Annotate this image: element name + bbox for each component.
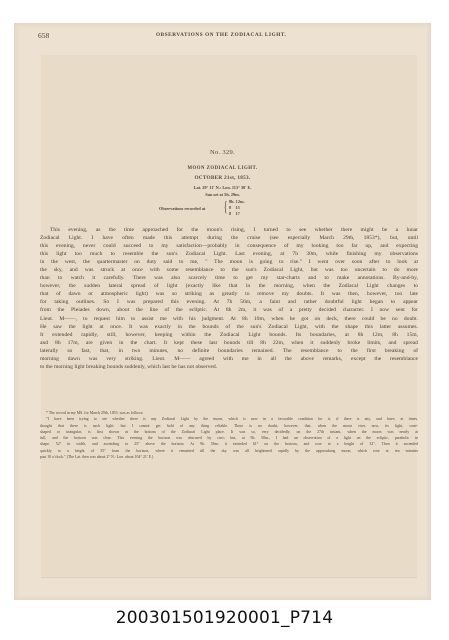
observation-times-block: Observations recorded at { 8h. 12m. 8 15… <box>159 198 279 222</box>
body-line: in the west, the quartermaster on duty s… <box>40 258 418 266</box>
image-caption-id: 200301501920001_P714 <box>0 608 449 628</box>
entry-sunset: Sun set at 5h. 29m. <box>14 192 431 197</box>
entry-title: MOON ZODIACAL LIGHT. <box>14 166 431 171</box>
scanned-page: 658 OBSERVATIONS ON THE ZODIACAL LIGHT. … <box>14 23 431 600</box>
entry-lat-lon: Lat. 29° 11′ N.: Lon. 113° 30′ E. <box>14 185 431 190</box>
body-paragraph: This evening, as the time approached for… <box>40 226 418 371</box>
page-number: 658 <box>38 31 49 40</box>
body-line: and 8h 17m, are given in the chart. It k… <box>40 339 418 347</box>
body-line: It extended rapidly, still, however, kee… <box>40 331 418 339</box>
observation-time: 8 17 <box>229 211 245 217</box>
body-line: This evening, as the time approached for… <box>40 226 418 234</box>
brace-glyph: { <box>224 198 228 216</box>
running-head: 658 OBSERVATIONS ON THE ZODIACAL LIGHT. <box>38 31 418 43</box>
body-line: Lieut. M——, to request him to assist me … <box>40 315 418 323</box>
body-line: the sky, and was struck at once with som… <box>40 266 418 274</box>
running-head-title: OBSERVATIONS ON THE ZODIACAL LIGHT. <box>156 32 286 38</box>
entry-date: OCTOBER 21st, 1853. <box>14 175 431 181</box>
footnote: * The record in my MS. for March 29th, 1… <box>40 410 418 460</box>
body-line: morning dawn was very striking. Lieut. M… <box>40 355 418 363</box>
body-line: Zodiacal Light. I have often made this a… <box>40 234 418 242</box>
body-line: laterally so fast, that, in two minutes,… <box>40 347 418 355</box>
body-line: than to watch it carefully. There was al… <box>40 274 418 282</box>
body-line: for taking outlines. So I was prepared t… <box>40 298 418 306</box>
body-line: that of dawn or atmospheric light) was s… <box>40 290 418 298</box>
footnote-line: thought that there is such light: but I … <box>40 423 418 429</box>
body-line: this light too much to resemble the sun'… <box>40 250 418 258</box>
body-line: to the morning light breaking bounds sud… <box>40 363 418 371</box>
observation-times: 8h. 12m. 8 15 8 17 <box>229 199 245 218</box>
entry-number: No. 329. <box>14 149 431 156</box>
observations-label: Observations recorded at <box>159 206 205 211</box>
body-line: from the Pleiades down, about the line o… <box>40 306 418 314</box>
body-line: this evening, never could succeed to my … <box>40 242 418 250</box>
footnote-line: shape, 52° in width, and ascending to 25… <box>40 441 418 447</box>
footnote-line: past 10 o'clock." (The Lat. then was abo… <box>40 454 418 460</box>
body-line: however, the sudden lateral spread of li… <box>40 282 418 290</box>
body-line: He saw the light at once. It was exactly… <box>40 323 418 331</box>
footnote-line: "I have been trying to see whether there… <box>40 416 418 422</box>
